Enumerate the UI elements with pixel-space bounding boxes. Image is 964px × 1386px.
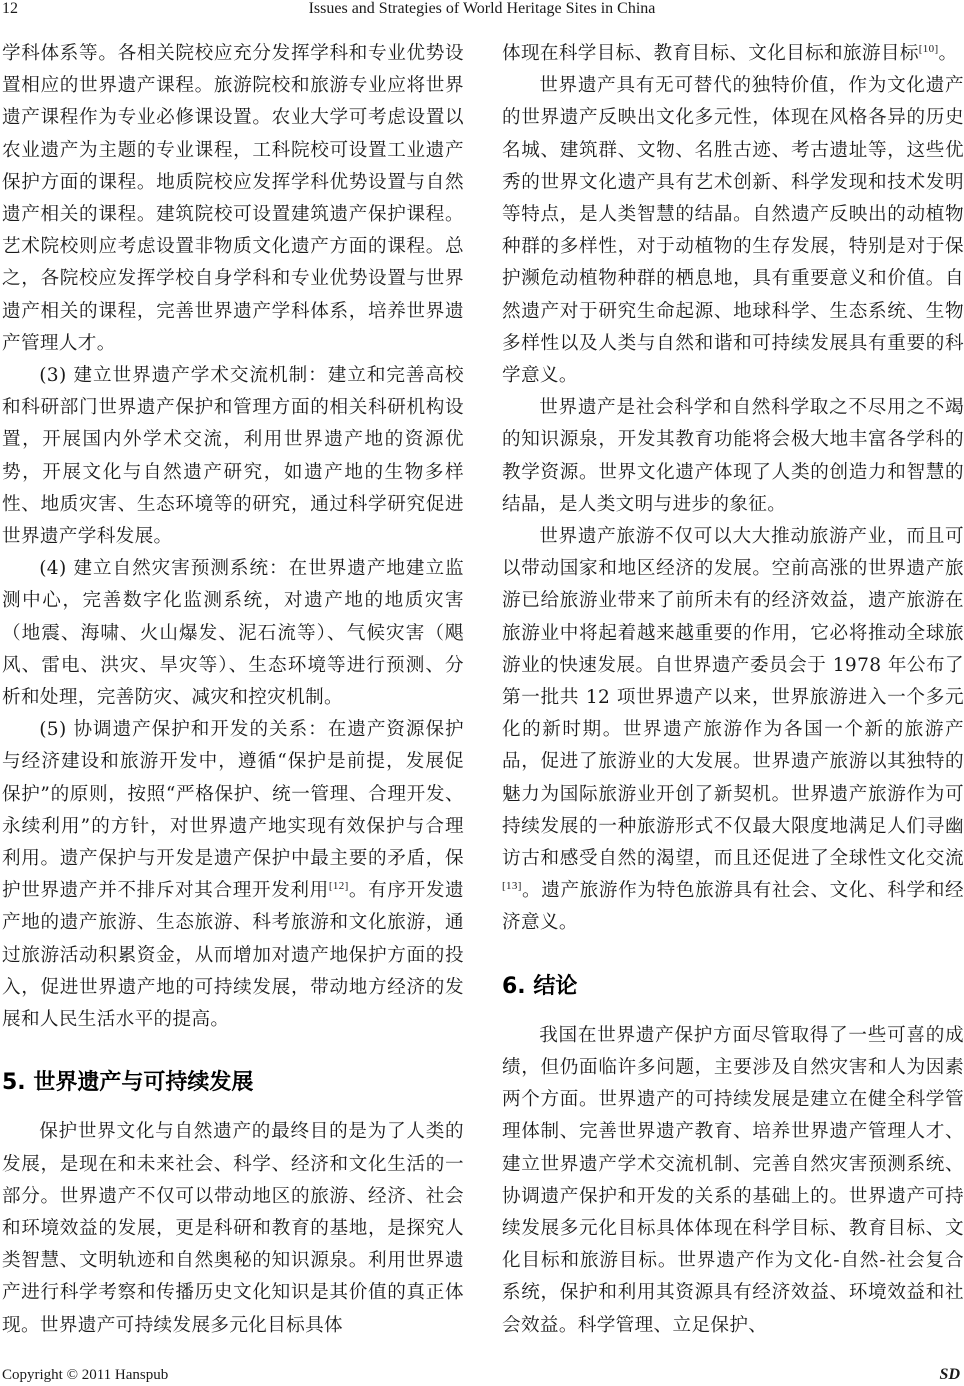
paragraph-text: 。 — [939, 43, 958, 64]
running-header: 12 Issues and Strategies of World Herita… — [0, 0, 964, 24]
paragraph-conclusion: 我国在世界遗产保护方面尽管取得了一些可喜的成绩，但仍面临许多问题，主要涉及自然灾… — [502, 1020, 964, 1342]
paragraph-heritage-tourism: 世界遗产旅游不仅可以大大推动旅游产业，而且可以带动国家和地区经济的发展。空前高涨… — [502, 521, 964, 940]
paragraph-item-3-academic-exchange: (3) 建立世界遗产学术交流机制：建立和完善高校和科研部门世界遗产保护和管理方面… — [2, 360, 464, 553]
left-column: 学科体系等。各相关院校应充分发挥学科和专业优势设置相应的世界遗产课程。旅游院校和… — [2, 38, 464, 1342]
paragraph-text: (5) 协调遗产保护和开发的关系：在遗产资源保护与经济建设和旅游开发中，遵循“保… — [2, 719, 464, 901]
paragraph-text: 。遗产旅游作为特色旅游具有社会、文化、科学和经济意义。 — [502, 880, 964, 933]
paragraph-knowledge-source: 世界遗产是社会科学和自然科学取之不尽用之不竭的知识源泉，开发其教育功能将会极大地… — [502, 392, 964, 521]
paragraph-unique-value: 世界遗产具有无可替代的独特价值，作为文化遗产的世界遗产反映出文化多元性，体现在风… — [502, 70, 964, 392]
citation-13[interactable]: [13] — [502, 880, 522, 892]
paragraph-text: 。有序开发遗产地的遗产旅游、生态旅游、科考旅游和文化旅游，通过旅游活动积累资金，… — [2, 880, 464, 1030]
right-column: 体现在科学目标、教育目标、文化目标和旅游目标[10]。 世界遗产具有无可替代的独… — [502, 38, 964, 1342]
paragraph-curriculum: 学科体系等。各相关院校应充分发挥学科和专业优势设置相应的世界遗产课程。旅游院校和… — [2, 38, 464, 360]
copyright-notice: Copyright © 2011 Hanspub — [2, 1366, 168, 1384]
section-heading-6: 6. 结论 — [502, 972, 964, 1002]
citation-12[interactable]: [12] — [329, 880, 349, 892]
paragraph-text: 体现在科学目标、教育目标、文化目标和旅游目标 — [502, 43, 919, 64]
paragraph-goals-continued: 体现在科学目标、教育目标、文化目标和旅游目标[10]。 — [502, 38, 964, 70]
citation-10[interactable]: [10] — [919, 43, 939, 55]
section-heading-5: 5. 世界遗产与可持续发展 — [2, 1068, 464, 1098]
paragraph-item-5-protection-development: (5) 协调遗产保护和开发的关系：在遗产资源保护与经济建设和旅游开发中，遵循“保… — [2, 714, 464, 1036]
paragraph-item-4-disaster-prediction: (4) 建立自然灾害预测系统：在世界遗产地建立监测中心，完善数字化监测系统，对遗… — [2, 553, 464, 714]
running-title: Issues and Strategies of World Heritage … — [0, 0, 964, 18]
paragraph-text: 世界遗产旅游不仅可以大大推动旅游产业，而且可以带动国家和地区经济的发展。空前高涨… — [502, 526, 964, 869]
journal-abbreviation: SD — [940, 1366, 960, 1384]
paragraph-sustainable-development: 保护世界文化与自然遗产的最终目的是为了人类的发展，是现在和未来社会、科学、经济和… — [2, 1116, 464, 1341]
page-footer: Copyright © 2011 Hanspub SD — [0, 1366, 964, 1386]
